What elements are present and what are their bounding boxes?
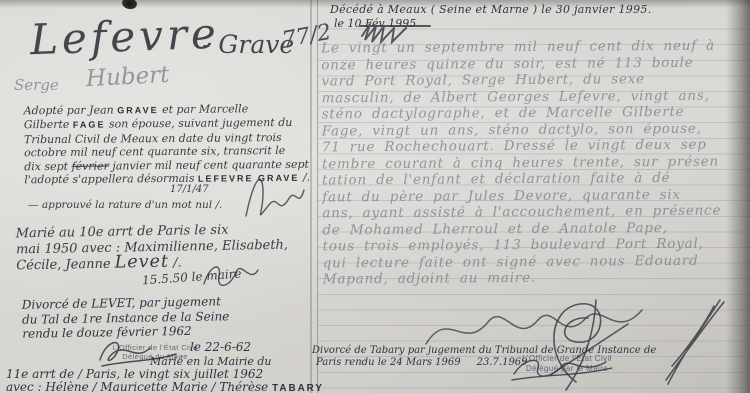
surname-header: Lefevre xyxy=(29,9,220,65)
margin-rule-outer xyxy=(310,0,312,393)
signature-mayor-1950 xyxy=(200,258,262,298)
act-line: qui lecture faite ont signé avec nous Ed… xyxy=(323,252,722,271)
act-line: ans, ayant assisté à l'accouchement, en … xyxy=(322,203,721,222)
given-name-hubert: Hubert xyxy=(85,62,170,92)
ink-blot xyxy=(121,0,138,10)
marriage-1962-line: avec : Hélène / Mauricette Marie / Thérè… xyxy=(6,380,324,393)
act-line: Le vingt un septembre mil neuf cent dix … xyxy=(321,38,720,57)
signature-registrar-1947 xyxy=(240,166,308,230)
adoption-transcription-date: 17/1/47 xyxy=(170,184,209,195)
marriage-1962-line: 11e arrt de / Paris, le vingt six juille… xyxy=(6,367,263,381)
act-line: Mapand, adjoint au maire. xyxy=(323,269,722,288)
given-name-serge: Serge xyxy=(14,76,59,94)
act-line: sténo dactylographe, et de Marcelle Gilb… xyxy=(322,104,721,123)
margin-rule-inner xyxy=(317,0,318,393)
divorce-1962-note: Divorcé de LEVET, par jugement du Tal de… xyxy=(22,294,230,341)
divorce-1969-line: Paris rendu le 24 Mars 196923.7.1969 xyxy=(316,357,528,368)
act-line: tation de l'enfant et déclaration faite … xyxy=(322,170,721,189)
signature-witness-right xyxy=(658,294,734,392)
act-line: tous trois employés, 113 boulevard Port … xyxy=(323,236,722,255)
birth-act-body: Le vingt un septembre mil neuf cent dix … xyxy=(321,38,722,288)
signature-over-stamp xyxy=(508,352,618,386)
registry-scan: Lefevre - Grave 77/2 Serge Hubert Adopté… xyxy=(0,0,750,393)
act-line: 71 rue Rochechouart. Dressé le vingt deu… xyxy=(322,137,721,156)
divorce-1962-date: le 22-6-62 xyxy=(190,340,251,354)
rature-note: — approuvé la rature d'un mot nul /. xyxy=(28,199,222,211)
act-line: onze heures quinze du soir, est né 113 b… xyxy=(321,54,720,73)
